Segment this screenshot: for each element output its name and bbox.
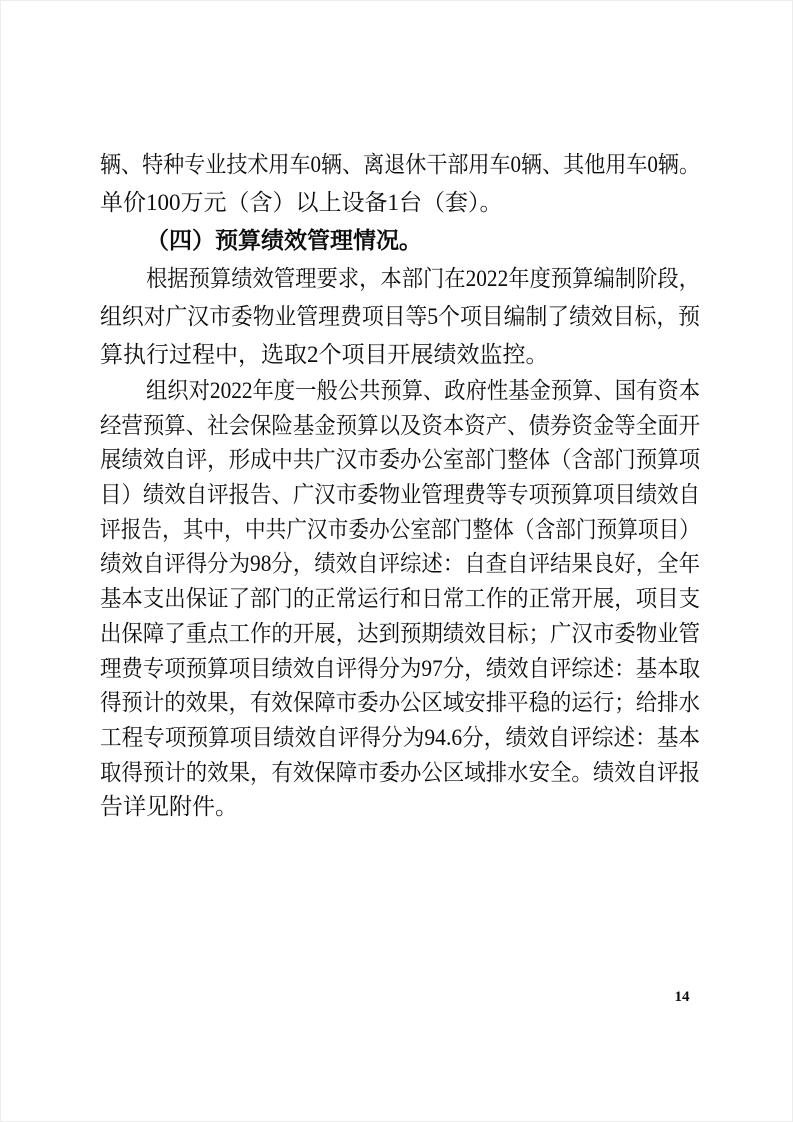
text-line: 经营预算、社会保险基金预算以及资本资产、债券资金等全面开 bbox=[100, 409, 700, 444]
text-line-content: 展绩效自评，形成中共广汉市委办公室部门整体（含部门预算项 bbox=[100, 443, 700, 478]
text-line-content: 得预计的效果，有效保障市委办公区域安排平稳的运行；给排水 bbox=[100, 686, 700, 721]
text-line: 得预计的效果，有效保障市委办公区域安排平稳的运行；给排水 bbox=[100, 686, 700, 721]
document-body-top: 辆、特种专业技术用车0辆、离退休干部用车0辆、其他用车0辆。单价100万元（含）… bbox=[100, 146, 700, 374]
text-line: 取得预计的效果，有效保障市委办公区域排水安全。绩效自评报 bbox=[100, 756, 700, 791]
text-line-content: 经营预算、社会保险基金预算以及资本资产、债券资金等全面开 bbox=[100, 409, 700, 444]
text-line-content: 单价100万元（含）以上设备1台（套）。 bbox=[100, 184, 503, 222]
text-line-content: 算执行过程中，选取2个项目开展绩效监控。 bbox=[100, 336, 549, 374]
text-line: 辆、特种专业技术用车0辆、离退休干部用车0辆、其他用车0辆。 bbox=[100, 146, 700, 184]
section-heading: （四）预算绩效管理情况。 bbox=[100, 222, 700, 260]
text-line-content: 根据预算绩效管理要求，本部门在2022年度预算编制阶段， bbox=[146, 260, 700, 298]
text-line-content: 基本支出保证了部门的正常运行和日常工作的正常开展，项目支 bbox=[100, 582, 700, 617]
text-line: 目）绩效自评报告、广汉市委物业管理费等专项预算项目绩效自 bbox=[100, 478, 700, 513]
text-line: 单价100万元（含）以上设备1台（套）。 bbox=[100, 184, 700, 222]
text-line: 根据预算绩效管理要求，本部门在2022年度预算编制阶段， bbox=[100, 260, 700, 298]
text-line-content: 评报告，其中，中共广汉市委办公室部门整体（含部门预算项目） bbox=[100, 513, 700, 548]
text-line-content: 告详见附件。 bbox=[100, 790, 238, 825]
document-body-main: 组织对2022年度一般公共预算、政府性基金预算、国有资本经营预算、社会保险基金预… bbox=[100, 374, 700, 825]
document-page: 辆、特种专业技术用车0辆、离退休干部用车0辆、其他用车0辆。单价100万元（含）… bbox=[0, 0, 793, 1122]
text-line: 组织对广汉市委物业管理费项目等5个项目编制了绩效目标，预 bbox=[100, 298, 700, 336]
text-line: 评报告，其中，中共广汉市委办公室部门整体（含部门预算项目） bbox=[100, 513, 700, 548]
text-line-content: 目）绩效自评报告、广汉市委物业管理费等专项预算项目绩效自 bbox=[100, 478, 700, 513]
text-line: 绩效自评得分为98分，绩效自评综述：自查自评结果良好，全年 bbox=[100, 547, 700, 582]
text-line-content: 辆、特种专业技术用车0辆、离退休干部用车0辆、其他用车0辆。 bbox=[100, 146, 700, 184]
page-number: 14 bbox=[658, 989, 706, 1006]
text-line-content: 出保障了重点工作的开展，达到预期绩效目标；广汉市委物业管 bbox=[100, 617, 700, 652]
text-line: 算执行过程中，选取2个项目开展绩效监控。 bbox=[100, 336, 700, 374]
text-line-content: 取得预计的效果，有效保障市委办公区域排水安全。绩效自评报 bbox=[100, 756, 700, 791]
text-line-content: 绩效自评得分为98分，绩效自评综述：自查自评结果良好，全年 bbox=[100, 547, 700, 582]
text-line-content: 工程专项预算项目绩效自评得分为94.6分，绩效自评综述：基本 bbox=[100, 721, 700, 756]
text-line: 展绩效自评，形成中共广汉市委办公室部门整体（含部门预算项 bbox=[100, 443, 700, 478]
text-line-content: （四）预算绩效管理情况。 bbox=[146, 222, 422, 260]
text-line: 出保障了重点工作的开展，达到预期绩效目标；广汉市委物业管 bbox=[100, 617, 700, 652]
text-line-content: 组织对2022年度一般公共预算、政府性基金预算、国有资本 bbox=[146, 374, 700, 409]
text-line-content: 理费专项预算项目绩效自评得分为97分，绩效自评综述：基本取 bbox=[100, 652, 700, 687]
text-line: 组织对2022年度一般公共预算、政府性基金预算、国有资本 bbox=[100, 374, 700, 409]
text-line-content: 组织对广汉市委物业管理费项目等5个项目编制了绩效目标，预 bbox=[100, 298, 700, 336]
text-line: 工程专项预算项目绩效自评得分为94.6分，绩效自评综述：基本 bbox=[100, 721, 700, 756]
text-line: 理费专项预算项目绩效自评得分为97分，绩效自评综述：基本取 bbox=[100, 652, 700, 687]
text-line: 基本支出保证了部门的正常运行和日常工作的正常开展，项目支 bbox=[100, 582, 700, 617]
text-line: 告详见附件。 bbox=[100, 790, 700, 825]
